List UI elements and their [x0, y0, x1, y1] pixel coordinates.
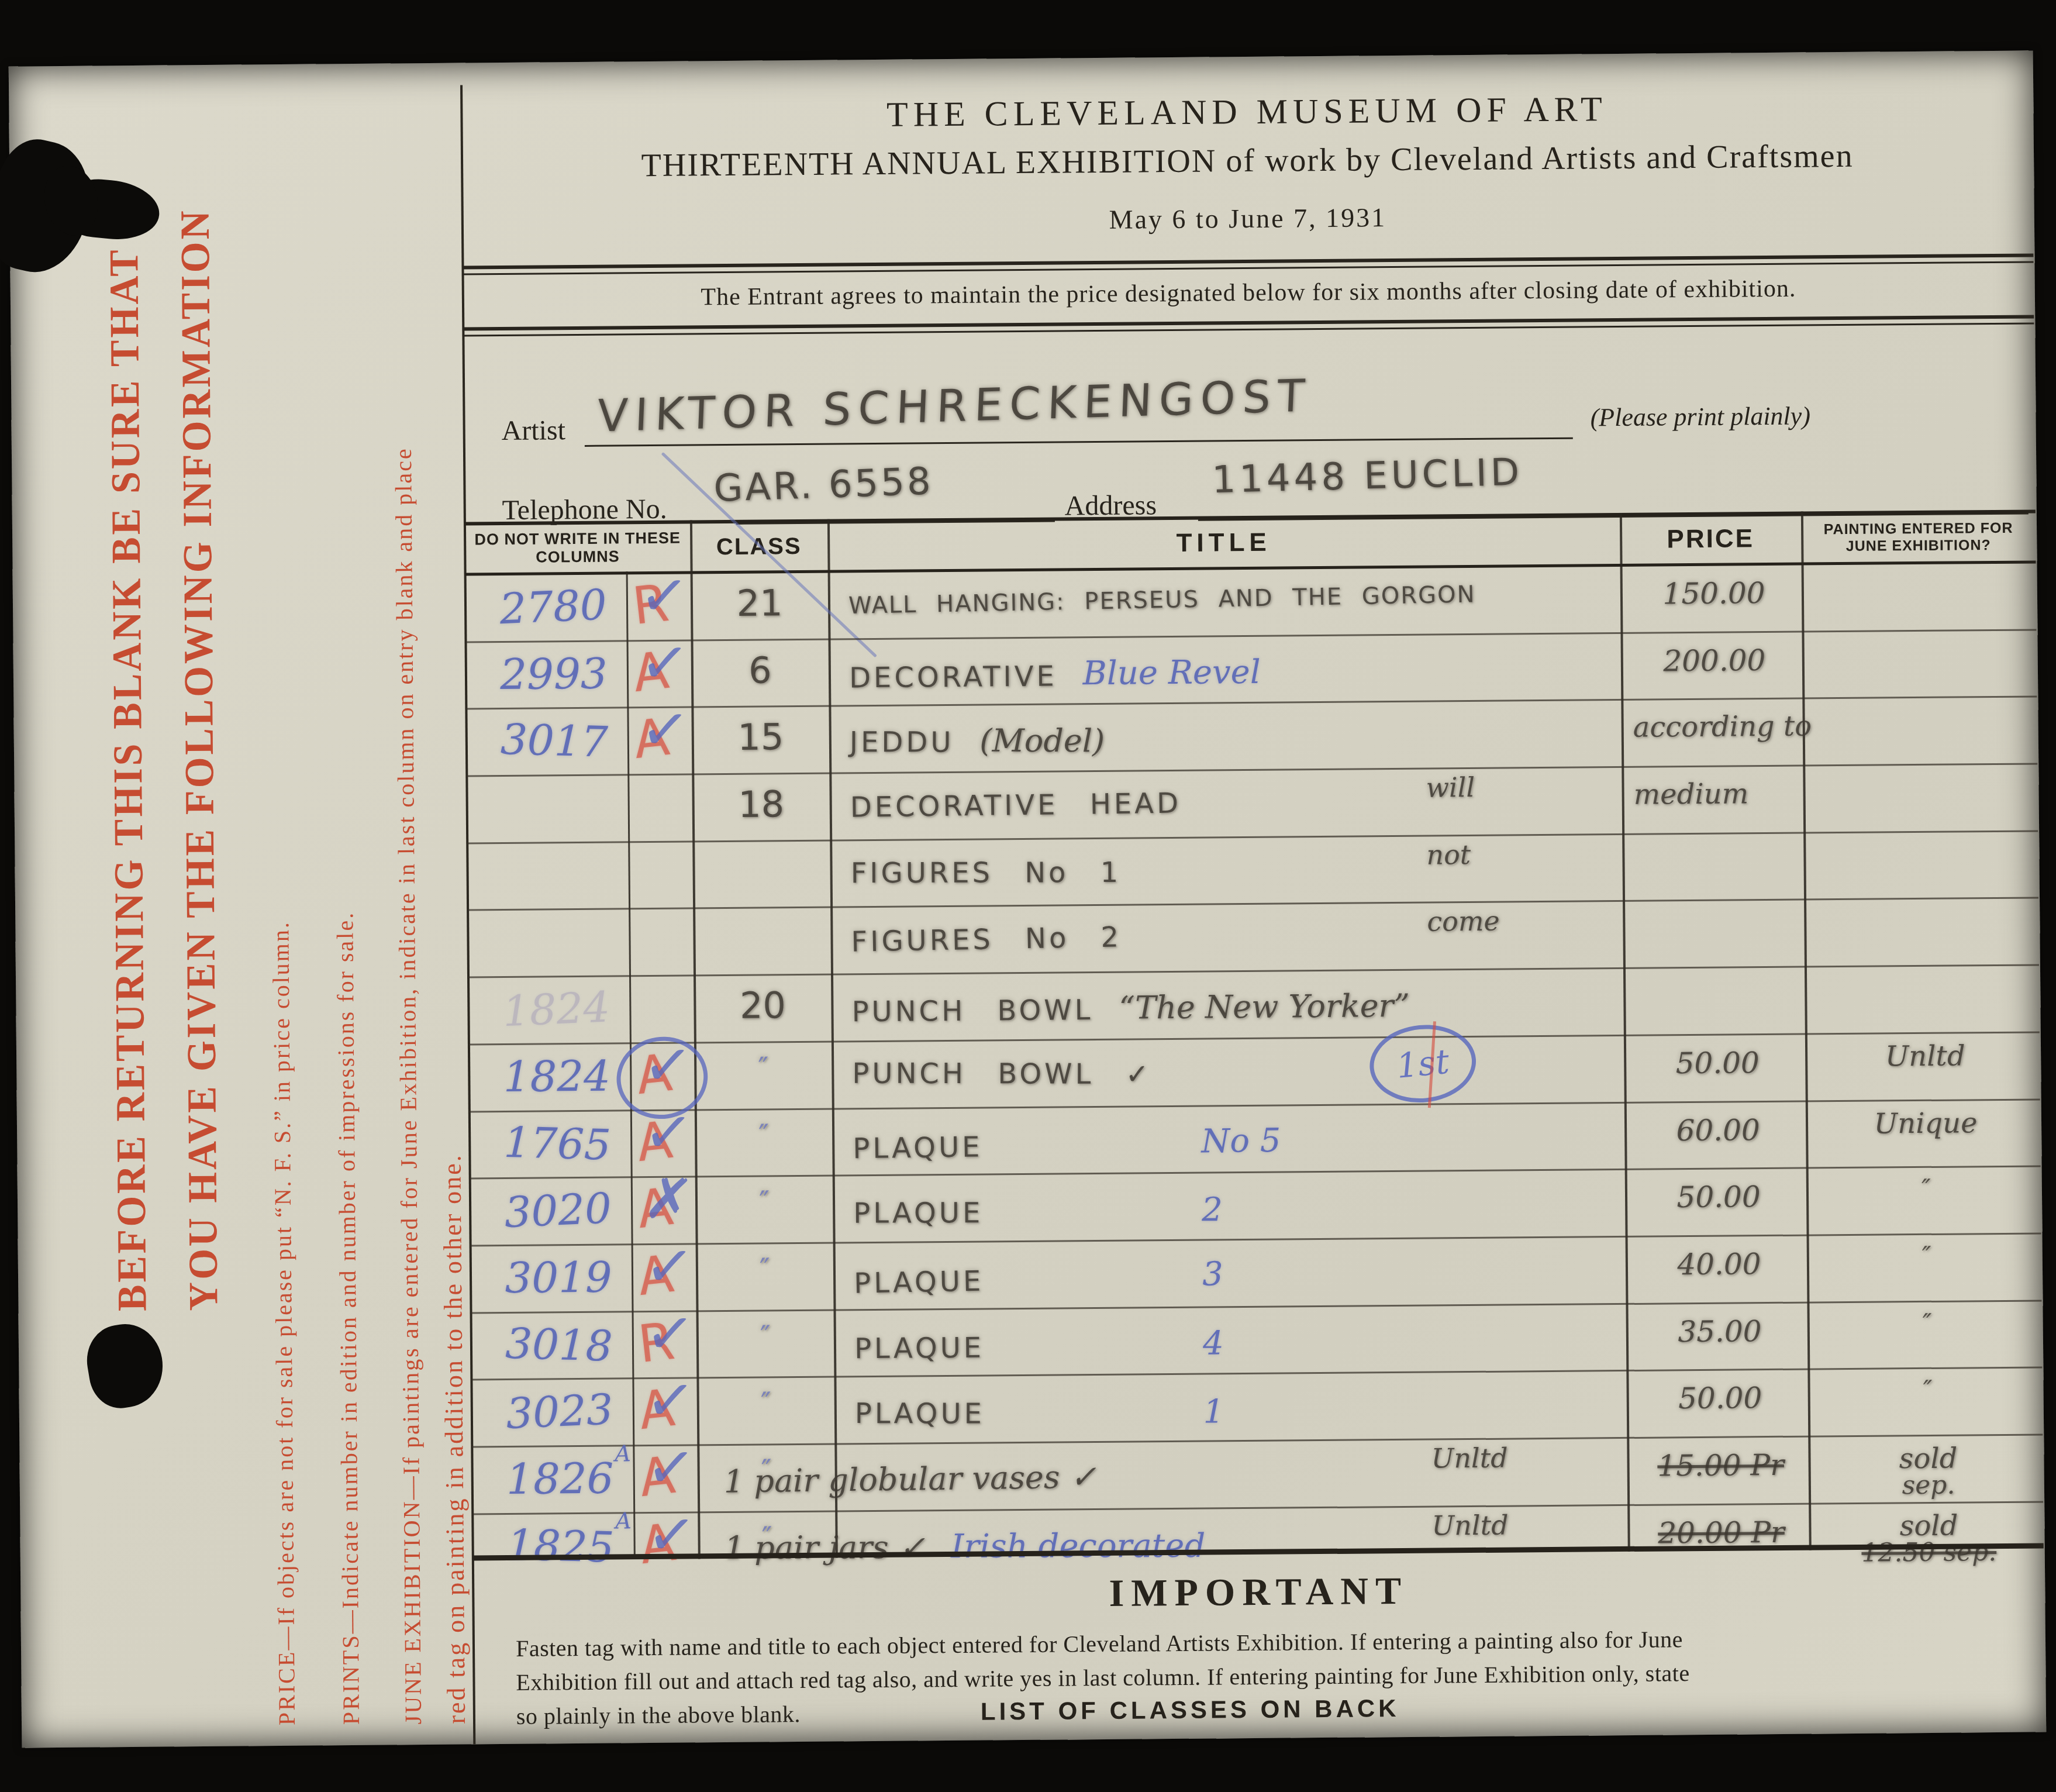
sidebar-note-june-exhibition: JUNE EXHIBITION—If paintings are entered… [389, 180, 425, 1724]
row-script-blue: 3 [1202, 1255, 1223, 1294]
row-script: “The New Yorker” [1119, 987, 1410, 1026]
row-entry-number: 1825 [490, 1519, 632, 1572]
row-entry-number: 1824 [485, 981, 627, 1036]
row-title: PLAQUE [853, 1131, 983, 1165]
row-title-line: DECORATIVE Blue Revel [849, 653, 1261, 695]
row-check-mark: ✓ [643, 1431, 699, 1504]
list-of-classes-note: LIST OF CLASSES ON BACK [981, 1694, 1400, 1726]
row-note: come [1427, 905, 1500, 938]
row-script-blue: Irish decorated [951, 1526, 1205, 1565]
row-script: 1 pair globular vases ✓ [723, 1458, 1096, 1500]
row-entry-number: 3023 [488, 1384, 630, 1439]
row-entry-number: 2780 [482, 579, 624, 634]
table-row: 1826 A A ✓ ″ 1 pair globular vases ✓ Unl… [472, 1435, 2043, 1515]
table-row: 2993 A ✓ 6 DECORATIVE Blue Revel 200.00 [466, 630, 2037, 710]
instructions-line1: Fasten tag with name and title to each o… [516, 1622, 2036, 1662]
row-class-value: 18 [705, 783, 817, 826]
row-title-line: 1 pair jars ✓ Irish decorated [725, 1526, 1206, 1566]
row-check-mark: ✓ [642, 1297, 698, 1370]
row-price: 200.00 [1627, 643, 1802, 678]
artist-label: Artist [501, 414, 565, 447]
row-class-value: ″ [710, 1386, 822, 1419]
row-entry-sup: A [615, 1508, 632, 1533]
row-entry-number: 3020 [487, 1183, 629, 1238]
column-header-price: PRICE [1620, 515, 1802, 564]
row-script-blue: 4 [1203, 1324, 1224, 1362]
row-class-value: ″ [708, 1051, 819, 1084]
row-title-line: WALL HANGING: PERSEUS AND THE GORGON [848, 581, 1476, 619]
row-entry-number: 3019 [488, 1252, 629, 1302]
sidebar-note-prints: PRINTS—Indicate number in edition and nu… [333, 795, 363, 1725]
row-note: will [1426, 771, 1475, 804]
row-class-value: ″ [709, 1185, 820, 1218]
table-row: 18 DECORATIVE HEAD will medium [467, 764, 2038, 844]
row-price: 50.00 [1631, 1180, 1806, 1215]
row-title: PUNCH BOWL ✓ [852, 1057, 1152, 1090]
row-price: 50.00 [1630, 1045, 1805, 1080]
paper-sheet: BEFORE RETURNING THIS BLANK BE SURE THAT… [9, 50, 2046, 1748]
row-note: not [1426, 839, 1471, 871]
row-title: DECORATIVE HEAD [850, 787, 1181, 824]
row-check-mark: ✗ [641, 1163, 697, 1236]
row-title: FIGURES No 2 [851, 921, 1122, 959]
row-june: ″ [1816, 1307, 2038, 1338]
table-row: 3018 R ✓ ″ PLAQUE 4 35.00 ″ [471, 1301, 2043, 1381]
row-entry-number: 3018 [488, 1318, 630, 1371]
row-june-2: 12.50 sep. [1818, 1536, 2040, 1568]
row-title: PLAQUE [853, 1197, 983, 1230]
sidebar-warning-line1: BEFORE RETURNING THIS BLANK BE SURE THAT [103, 276, 153, 1312]
row-title-line: DECORATIVE HEAD [850, 787, 1181, 824]
row-check-mark: ✓ [636, 559, 692, 632]
row-script: (Model) [979, 722, 1105, 760]
row-price: 40.00 [1631, 1246, 1807, 1281]
row-class-value: ″ [709, 1252, 820, 1286]
table-row: 1765 A ✓ ″ PLAQUE No 5 60.00 Unique [470, 1100, 2041, 1180]
row-june: Unltd [1814, 1039, 2036, 1073]
table-body: 2780 R ✓ 21 WALL HANGING: PERSEUS AND TH… [465, 563, 2044, 1556]
sidebar-warning-line2: YOU HAVE GIVEN THE FOLLOWING INFORMATION [174, 275, 224, 1311]
row-script: 1 pair jars ✓ [725, 1529, 926, 1566]
row-title-line: PUNCH BOWL “The New Yorker” [851, 987, 1410, 1028]
row-price: according to [1633, 709, 1908, 745]
row-june-2: sep. [1817, 1469, 2040, 1501]
row-june: ″ [1815, 1173, 2037, 1204]
double-rule-top-b [463, 261, 2034, 275]
row-check-mark: ✓ [643, 1364, 698, 1437]
print-plainly-note: (Please print plainly) [1590, 401, 1810, 432]
row-check-mark: ✓ [644, 1498, 699, 1572]
row-title-line: JEDDU (Model) [850, 722, 1105, 759]
table-row: 1824 20 PUNCH BOWL “The New Yorker” [468, 966, 2040, 1046]
artist-field-line [585, 437, 1573, 447]
address-handwritten-value: 11448 EUCLID [1211, 451, 1523, 502]
row-script-blue: No 5 [1201, 1121, 1281, 1160]
row-price: 15.00 Pr [1633, 1448, 1808, 1483]
table-row: 3019 A ✓ ″ PLAQUE 3 40.00 ″ [471, 1234, 2042, 1314]
exhibition-title: THIRTEENTH ANNUAL EXHIBITION of work by … [462, 136, 2033, 185]
row-script-blue: Blue Revel [1082, 653, 1261, 692]
punch-hole-bottom [81, 1319, 169, 1413]
row-title-line: PLAQUE 1 [855, 1392, 1224, 1431]
row-price: 60.00 [1630, 1112, 1806, 1147]
row-class-value: 15 [705, 715, 817, 759]
scanned-entry-form: BEFORE RETURNING THIS BLANK BE SURE THAT… [0, 0, 2056, 1792]
row-check-mark: ✓ [641, 1096, 696, 1169]
row-script-blue: 2 [1202, 1191, 1223, 1229]
row-title: FIGURES No 1 [851, 856, 1122, 890]
row-title: JEDDU [850, 726, 954, 759]
table-row: FIGURES No 2 come [468, 899, 2039, 978]
row-title-line: PLAQUE 3 [854, 1255, 1224, 1300]
double-rule-bottom-b [463, 322, 2034, 336]
row-title: WALL HANGING: PERSEUS AND THE GORGON [848, 581, 1476, 619]
entrant-agreement: The Entrant agrees to maintain the price… [463, 273, 2034, 313]
museum-title: THE CLEVELAND MUSEUM OF ART [461, 85, 2032, 138]
sidebar-note-june-exhibition-2: red tag on painting in addition to the o… [439, 1022, 470, 1724]
row-june: Unique [1814, 1106, 2037, 1140]
row-title-line: 1 pair globular vases ✓ [723, 1458, 1096, 1500]
row-title-line: PLAQUE 4 [854, 1324, 1224, 1365]
row-title-line: FIGURES No 1 [851, 856, 1122, 890]
row-check-mark: ✓ [641, 1230, 697, 1303]
row-entry-number: 1824 [487, 1051, 627, 1101]
row-entry-number: 3017 [484, 714, 625, 767]
table-row: 1824 A ✓ ″ PUNCH BOWL ✓ 1st 50.00 Unltd [469, 1033, 2040, 1112]
row-title-line: PLAQUE 2 [853, 1191, 1223, 1230]
table-row: 3023 A ✓ ″ PLAQUE 1 50.00 ″ [471, 1369, 2043, 1448]
row-price: medium [1633, 776, 1908, 811]
row-class-value: 20 [707, 984, 819, 1027]
row-check-mark: ✓ [637, 693, 693, 766]
row-title: DECORATIVE [849, 660, 1057, 694]
row-price: 150.00 [1626, 576, 1802, 611]
row-note: Unltd [1431, 1509, 1508, 1541]
row-class-value: ″ [710, 1319, 821, 1352]
row-entry-number: 1765 [487, 1117, 628, 1170]
artist-handwritten-value: VIKTOR SCHRECKENGOST [596, 369, 1313, 442]
row-entry-number: 2993 [484, 649, 625, 699]
row-title: PUNCH BOWL [851, 994, 1093, 1028]
row-title: PLAQUE [854, 1331, 984, 1365]
instructions-line2: Exhibition fill out and attach red tag a… [516, 1656, 2036, 1695]
row-entry-sup: A [615, 1441, 631, 1466]
table-row: 2780 R ✓ 21 WALL HANGING: PERSEUS AND TH… [465, 563, 2037, 643]
row-title-line: PUNCH BOWL ✓ [852, 1057, 1152, 1090]
row-note: Unltd [1431, 1442, 1507, 1474]
row-class-value: ″ [708, 1118, 819, 1151]
column-header-title: TITLE [827, 516, 1620, 570]
row-check-mark: ✓ [640, 1029, 696, 1102]
table-row: FIGURES No 1 not [467, 832, 2038, 911]
table-row: 3020 A ✗ ″ PLAQUE 2 50.00 ″ [470, 1167, 2041, 1247]
row-june: ″ [1816, 1374, 2038, 1405]
row-class-value: 6 [705, 649, 816, 692]
row-title: PLAQUE [854, 1264, 984, 1300]
row-price: 50.00 [1633, 1381, 1808, 1416]
row-check-mark: ✓ [637, 626, 692, 699]
row-script-blue: 1 [1203, 1393, 1224, 1431]
row-june: ″ [1816, 1240, 2038, 1270]
telephone-handwritten-value: GAR. 6558 [713, 460, 933, 511]
exhibition-dates: May 6 to June 7, 1931 [463, 197, 2033, 240]
row-entry-number: 1826 [489, 1453, 630, 1504]
table-row: 3017 A ✓ 15 JEDDU (Model) according to [466, 698, 2037, 777]
row-title-line: FIGURES No 2 [851, 921, 1122, 959]
sidebar-note-price: PRICE—If objects are not for sale please… [268, 784, 299, 1725]
row-title-line: PLAQUE No 5 [853, 1121, 1281, 1165]
row-class-value: 21 [704, 581, 816, 625]
row-title: PLAQUE [855, 1397, 985, 1431]
column-header-june-exhibition: PAINTING ENTERED FOR JUNE EXHIBITION? [1801, 512, 2036, 562]
row-price: 35.00 [1632, 1314, 1807, 1349]
